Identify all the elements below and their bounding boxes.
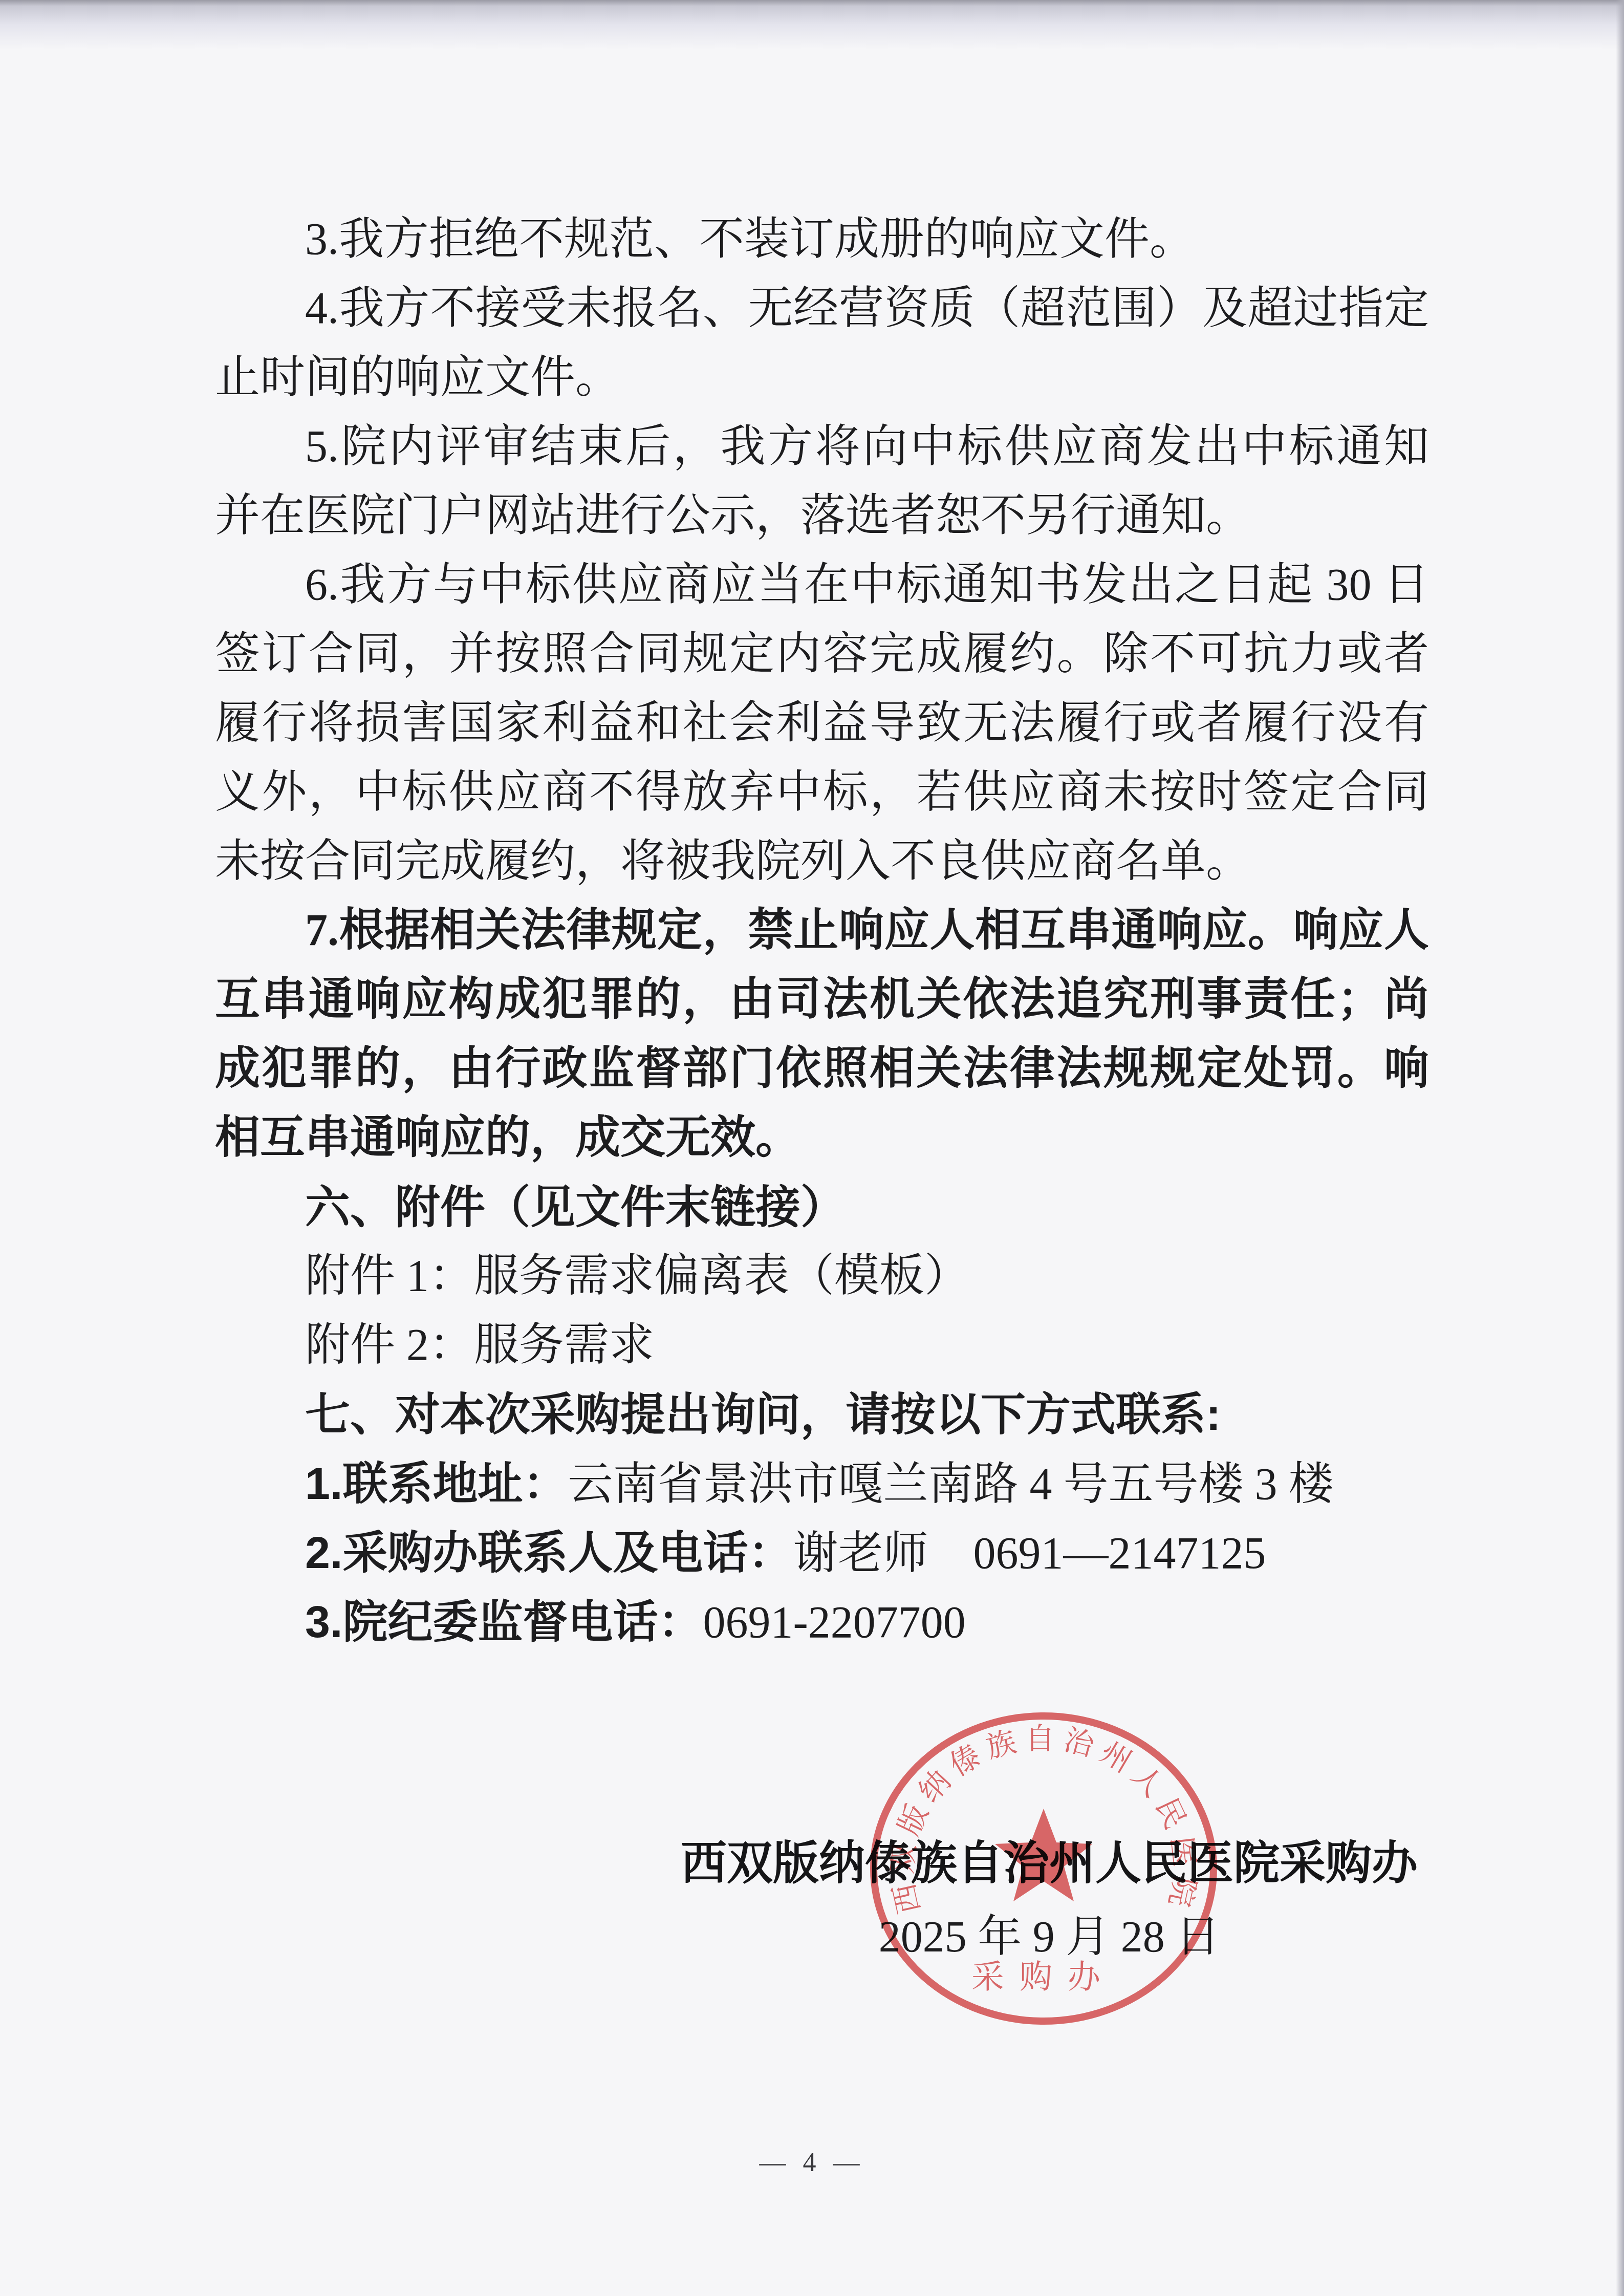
text-line: 5.院内评审结束后，我方将向中标供应商发出中标通知书， [215,412,1429,481]
text-segment: 5.院内评审结束后，我方将向中标供应商发出中标通知书， [215,422,1429,481]
text-line: 履行将损害国家利益和社会利益导致无法履行或者履行没有意 [215,689,1429,758]
text-segment: 附件 2：服务需求 [305,1320,654,1370]
text-segment: 0691-2207700 [703,1598,965,1647]
text-segment: 3.我方拒绝不规范、不装订成册的响应文件。 [305,214,1195,264]
text-segment: 4.我方不接受未报名、无经营资质（超范围）及超过指定截 [215,284,1429,343]
seal-bottom-text: 采购办 [971,1958,1116,1995]
text-segment: 履行将损害国家利益和社会利益导致无法履行或者履行没有意 [215,698,1429,758]
section-heading: 六、附件（见文件末链接） [215,1172,1429,1241]
official-seal-stamp: 西双版纳傣族自治州人民医院 采购办 [864,1709,1223,2032]
page-number: — 4 — [0,2148,1624,2178]
text-line: 4.我方不接受未报名、无经营资质（超范围）及超过指定截 [215,274,1429,343]
scanned-document-page: 3.我方拒绝不规范、不装订成册的响应文件。4.我方不接受未报名、无经营资质（超范… [0,0,1624,2296]
text-line: 成犯罪的，由行政监督部门依照相关法律法规规定处罚。响应人 [215,1034,1429,1103]
section-heading: 七、对本次采购提出询问，请按以下方式联系: [215,1380,1429,1449]
text-line: 7.根据相关法律规定，禁止响应人相互串通响应。响应人相 [215,896,1429,965]
text-line: 2.采购办联系人及电话：谢老师 0691—2147125 [215,1518,1429,1587]
text-segment: 互串通响应构成犯罪的，由司法机关依法追究刑事责任；尚不构 [215,975,1429,1034]
text-segment: 六、附件（见文件末链接） [305,1182,846,1232]
scan-edge-shadow-right [1616,0,1624,2296]
text-segment: 6.我方与中标供应商应当在中标通知书发出之日起 30 日内 [215,560,1429,619]
text-segment: 谢老师 0691—2147125 [793,1529,1266,1578]
text-segment: 云南省景洪市嘎兰南路 4 号五号楼 3 楼 [568,1460,1333,1509]
text-line: 3.我方拒绝不规范、不装订成册的响应文件。 [215,205,1429,274]
text-segment: 义外，中标供应商不得放弃中标，若供应商未按时签定合同或者 [215,767,1429,827]
text-line: 义外，中标供应商不得放弃中标，若供应商未按时签定合同或者 [215,758,1429,827]
field-label: 3.院纪委监督电话： [305,1596,703,1647]
text-line: 1.联系地址：云南省景洪市嘎兰南路 4 号五号楼 3 楼 [215,1449,1429,1518]
text-segment: 未按合同完成履约，将被我院列入不良供应商名单。 [215,836,1251,886]
text-line: 未按合同完成履约，将被我院列入不良供应商名单。 [215,827,1429,896]
scan-edge-shadow-top [0,0,1624,49]
text-line: 3.院纪委监督电话：0691-2207700 [215,1587,1429,1656]
document-body-text: 3.我方拒绝不规范、不装订成册的响应文件。4.我方不接受未报名、无经营资质（超范… [215,205,1429,1656]
field-label: 1.联系地址： [305,1458,568,1509]
text-line: 止时间的响应文件。 [215,343,1429,412]
text-segment: 附件 1：服务需求偏离表（模板） [305,1251,969,1301]
star-icon [995,1809,1092,1901]
text-line: 签订合同，并按照合同规定内容完成履约。除不可抗力或者合同 [215,619,1429,689]
field-label: 2.采购办联系人及电话： [305,1527,793,1578]
text-segment: 并在医院门户网站进行公示，落选者恕不另行通知。 [215,491,1251,541]
text-line: 附件 2：服务需求 [215,1311,1429,1380]
text-segment: 止时间的响应文件。 [215,353,620,402]
text-line: 并在医院门户网站进行公示，落选者恕不另行通知。 [215,481,1429,550]
text-segment: 7.根据相关法律规定，禁止响应人相互串通响应。响应人相 [215,906,1429,965]
text-segment: 七、对本次采购提出询问，请按以下方式联系: [305,1389,1221,1440]
text-line: 相互串通响应的，成交无效。 [215,1103,1429,1172]
text-line: 互串通响应构成犯罪的，由司法机关依法追究刑事责任；尚不构 [215,965,1429,1034]
text-segment: 成犯罪的，由行政监督部门依照相关法律法规规定处罚。响应人 [215,1044,1429,1103]
text-line: 6.我方与中标供应商应当在中标通知书发出之日起 30 日内 [215,550,1429,619]
text-line: 附件 1：服务需求偏离表（模板） [215,1241,1429,1311]
text-segment: 签订合同，并按照合同规定内容完成履约。除不可抗力或者合同 [215,629,1429,689]
text-segment: 相互串通响应的，成交无效。 [215,1113,800,1163]
